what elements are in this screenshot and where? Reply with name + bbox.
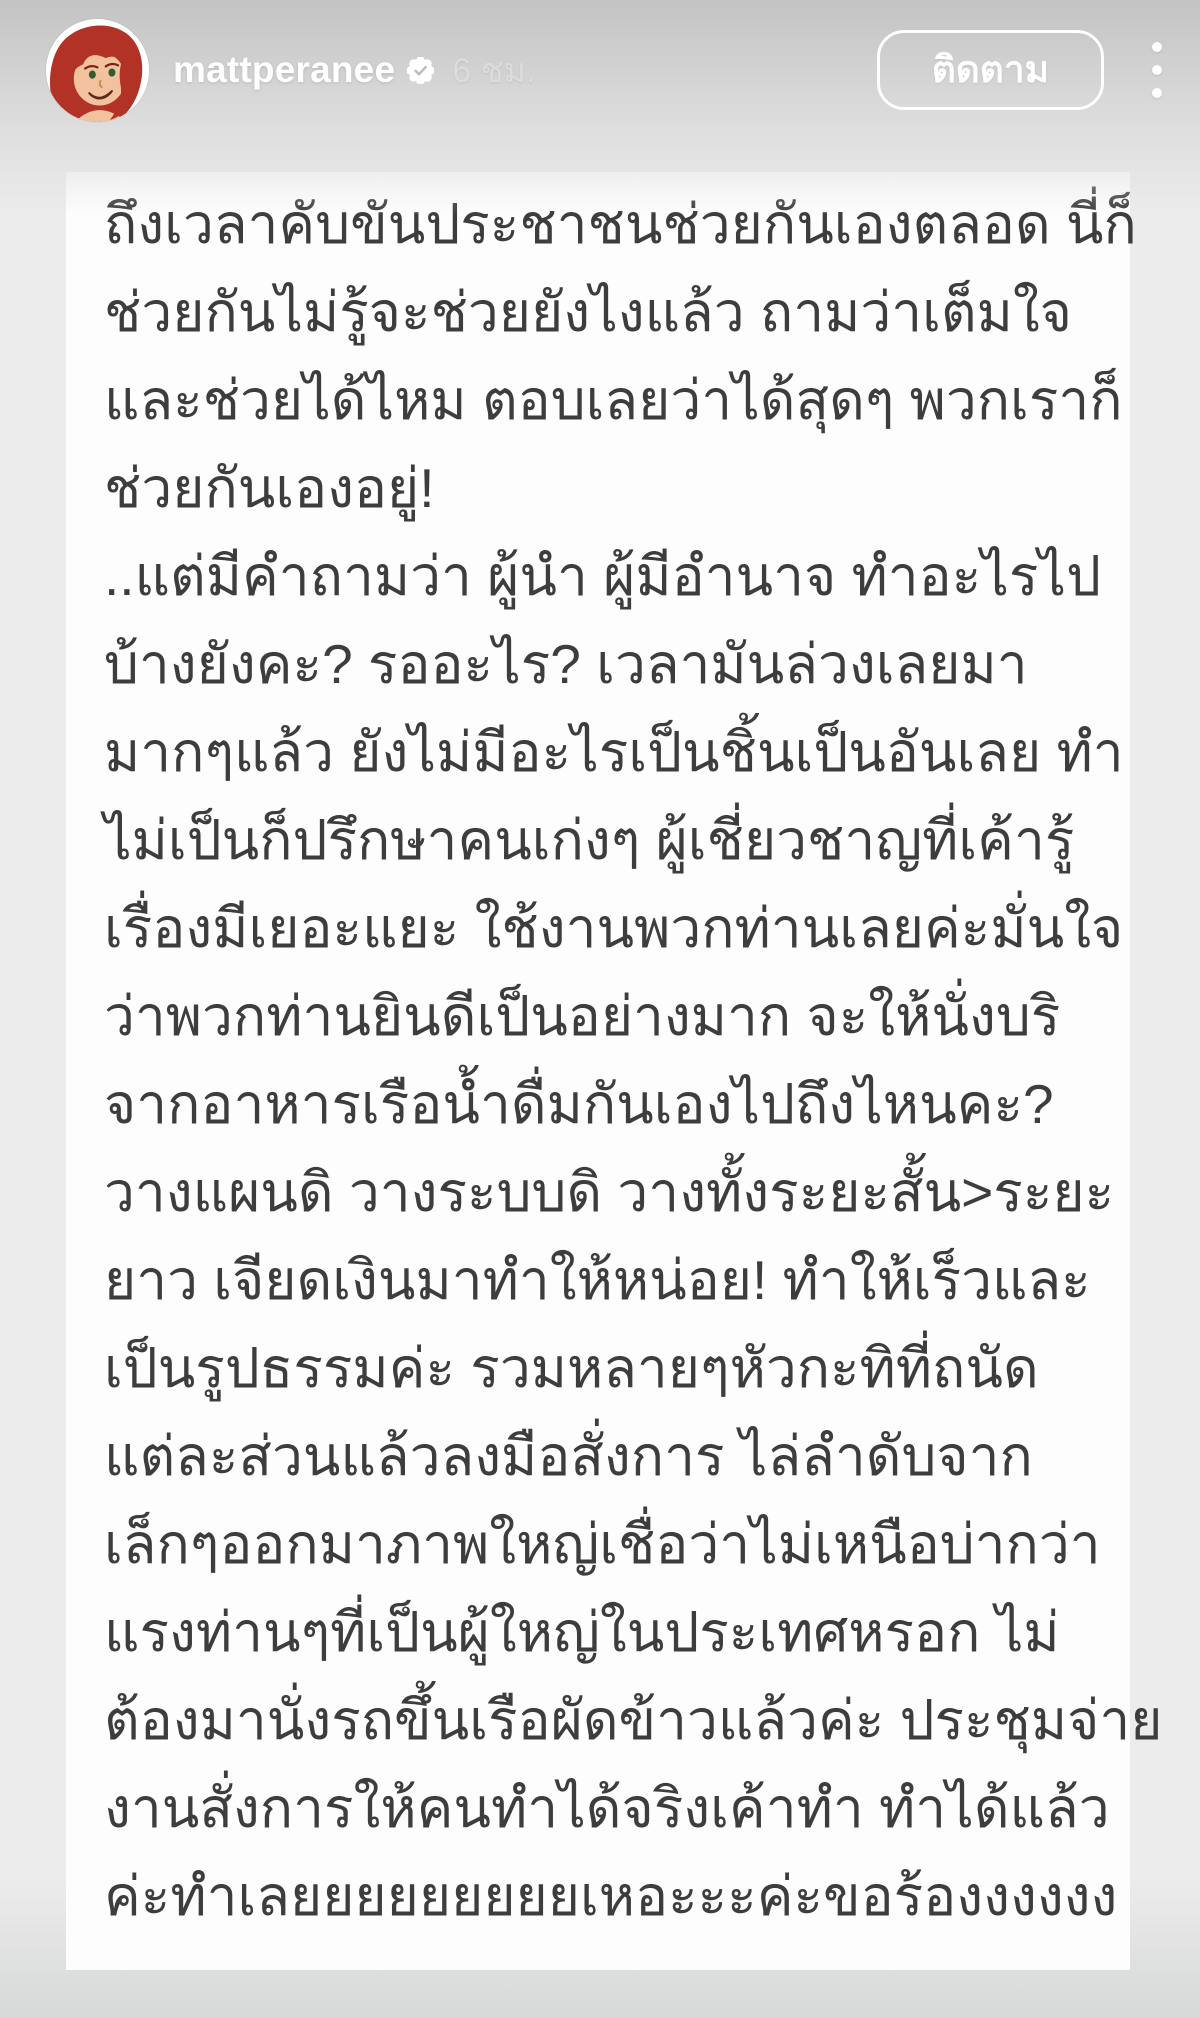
kebab-dot-icon — [1152, 42, 1162, 52]
story-text-line: งานสั่งการให้คนทำได้จริงเค้าทำ ทำได้แล้ว — [104, 1764, 1114, 1852]
story-text-line: แรงท่านๆที่เป็นผู้ใหญ่ในประเทศหรอก ไม่ — [104, 1588, 1114, 1676]
story-image-card: ถึงเวลาคับขันประชาชนช่วยกันเองตลอด นี่ก็… — [66, 172, 1130, 1970]
instagram-story-screen: { "header": { "username": "mattperanee",… — [0, 0, 1200, 2018]
follow-button[interactable]: ติดตาม — [877, 30, 1104, 111]
story-text-line: ช่วยกันเองอยู่! — [104, 444, 1114, 532]
story-text-line: วางแผนดิ วางระบบดิ วางทั้งระยะสั้น>ระยะ — [104, 1148, 1114, 1236]
story-text-line: และช่วยได้ไหม ตอบเลยว่าได้สุดๆ พวกเราก็ — [104, 356, 1114, 444]
kebab-dot-icon — [1152, 88, 1162, 98]
story-text-line: เป็นรูปธรรมค่ะ รวมหลายๆหัวกะทิที่ถนัด — [104, 1324, 1114, 1412]
story-header: mattperanee 6 ชม. ติดตาม — [46, 18, 1174, 122]
verified-badge-icon — [407, 57, 434, 84]
story-text-line: ไม่เป็นก็ปรึกษาคนเก่งๆ ผู้เชี่ยวชาญที่เค… — [104, 796, 1114, 884]
username[interactable]: mattperanee — [173, 49, 395, 91]
story-text-line: มากๆแล้ว ยังไม่มีอะไรเป็นชิ้นเป็นอันเลย … — [104, 708, 1114, 796]
more-options-button[interactable] — [1146, 36, 1168, 104]
story-timestamp: 6 ชม. — [452, 43, 535, 97]
story-text: ถึงเวลาคับขันประชาชนช่วยกันเองตลอด นี่ก็… — [104, 180, 1114, 1940]
story-text-line: ยาว เจียดเงินมาทำให้หน่อย! ทำให้เร็วและ — [104, 1236, 1114, 1324]
story-text-line: แต่ละส่วนแล้วลงมือสั่งการ ไล่ลำดับจาก — [104, 1412, 1114, 1500]
story-text-line: ต้องมานั่งรถขึ้นเรือผัดข้าวแล้วค่ะ ประชุ… — [104, 1676, 1114, 1764]
story-text-line: เล็กๆออกมาภาพใหญ่เชื่อว่าไม่เหนือบ่ากว่า — [104, 1500, 1114, 1588]
story-text-line: ช่วยกันไม่รู้จะช่วยยังไงแล้ว ถามว่าเต็มใ… — [104, 268, 1114, 356]
story-text-line: ..แต่มีคำถามว่า ผู้นำ ผู้มีอำนาจ ทำอะไรไ… — [104, 532, 1114, 620]
story-text-line: ว่าพวกท่านยินดีเป็นอย่างมาก จะให้นั่งบริ — [104, 972, 1114, 1060]
ariel-cartoon-avatar-icon — [46, 19, 149, 122]
avatar[interactable] — [46, 19, 149, 122]
story-text-line: ค่ะทำเลยยยยยยยยยเหอะะะค่ะขอร้องงงงงง — [104, 1852, 1114, 1940]
story-text-line: บ้างยังคะ? รออะไร? เวลามันล่วงเลยมา — [104, 620, 1114, 708]
story-text-line: ถึงเวลาคับขันประชาชนช่วยกันเองตลอด นี่ก็ — [104, 180, 1114, 268]
story-text-line: เรื่องมีเยอะแยะ ใช้งานพวกท่านเลยค่ะมั่นใ… — [104, 884, 1114, 972]
kebab-dot-icon — [1152, 65, 1162, 75]
story-text-line: จากอาหารเรือน้ำดื่มกันเองไปถึงไหนคะ? — [104, 1060, 1114, 1148]
